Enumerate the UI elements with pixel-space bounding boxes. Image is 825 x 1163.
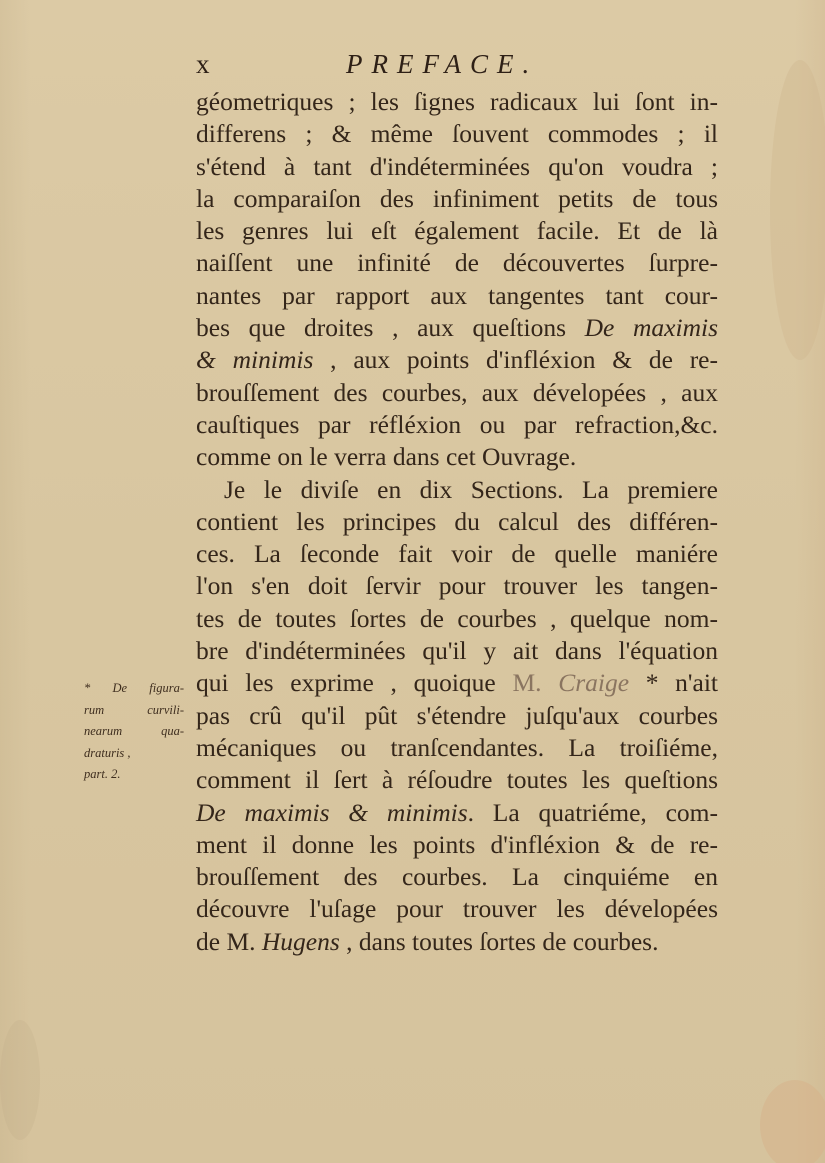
text-line: cauſtiques par réfléxion ou par refracti… bbox=[196, 409, 718, 441]
text-segment: pas crû qu'il pût s'étendre juſqu'aux co… bbox=[196, 701, 718, 730]
running-head: PREFACE. bbox=[346, 46, 538, 82]
paper-stain bbox=[760, 1080, 825, 1163]
body-text: géometriques ; les ſignes radicaux lui ſ… bbox=[196, 86, 718, 958]
text-line: brouſſement des courbes. La cinquiéme en bbox=[196, 861, 718, 893]
italic-text: Craige bbox=[558, 668, 629, 697]
text-line: qui les exprime , quoique M. Craige * n'… bbox=[196, 667, 718, 699]
text-line: naiſſent une infinité de découvertes ſur… bbox=[196, 247, 718, 279]
text-line: s'étend à tant d'indéterminées qu'on vou… bbox=[196, 151, 718, 183]
text-segment: les genres lui eſt également facile. Et … bbox=[196, 216, 718, 245]
margin-note-line: rum curvili- bbox=[84, 700, 184, 722]
text-segment: géometriques ; les ſignes radicaux lui ſ… bbox=[196, 87, 718, 116]
text-line: De maximis & minimis. La quatriéme, com- bbox=[196, 797, 718, 829]
text-line: mécaniques ou tranſcendantes. La troiſié… bbox=[196, 732, 718, 764]
text-segment: s'étend à tant d'indéterminées qu'on vou… bbox=[196, 152, 718, 181]
text-line: ment il donne les points d'infléxion & d… bbox=[196, 829, 718, 861]
page-header: x PREFACE. bbox=[196, 46, 716, 82]
text-segment: M. bbox=[512, 668, 558, 697]
text-line: differens ; & même ſouvent commodes ; il bbox=[196, 118, 718, 150]
text-line: l'on s'en doit ſervir pour trouver les t… bbox=[196, 570, 718, 602]
text-line: brouſſement des courbes, aux dévelopées … bbox=[196, 377, 718, 409]
margin-note-line: draturis , bbox=[84, 743, 184, 765]
text-segment: bes que droites , aux queſtions bbox=[196, 313, 585, 342]
text-line: géometriques ; les ſignes radicaux lui ſ… bbox=[196, 86, 718, 118]
text-segment: la comparaiſon des infiniment petits de … bbox=[196, 184, 718, 213]
text-segment: découvre l'uſage pour trouver les dévelo… bbox=[196, 894, 718, 923]
text-line: ces. La ſeconde fait voir de quelle mani… bbox=[196, 538, 718, 570]
text-segment: , dans toutes ſortes de courbes. bbox=[340, 927, 659, 956]
margin-note-line: nearum qua- bbox=[84, 721, 184, 743]
italic-text: De maximis & minimis bbox=[196, 798, 468, 827]
text-segment: naiſſent une infinité de découvertes ſur… bbox=[196, 248, 718, 277]
text-line: tes de toutes ſortes de courbes , quelqu… bbox=[196, 603, 718, 635]
text-segment: ment il donne les points d'infléxion & d… bbox=[196, 830, 718, 859]
text-segment: , aux points d'infléxion & de re- bbox=[313, 345, 718, 374]
text-segment: bre d'indéterminées qu'il y ait dans l'é… bbox=[196, 636, 718, 665]
text-segment: brouſſement des courbes. La cinquiéme en bbox=[196, 862, 718, 891]
text-segment: comment il ſert à réſoudre toutes les qu… bbox=[196, 765, 718, 794]
text-line: Je le diviſe en dix Sections. La premier… bbox=[196, 474, 718, 506]
text-line: bre d'indéterminées qu'il y ait dans l'é… bbox=[196, 635, 718, 667]
italic-text: Hugens bbox=[262, 927, 340, 956]
text-line: bes que droites , aux queſtions De maxim… bbox=[196, 312, 718, 344]
margin-note: * De figura-rum curvili-nearum qua-dratu… bbox=[84, 678, 184, 786]
text-line: les genres lui eſt également facile. Et … bbox=[196, 215, 718, 247]
text-segment: de M. bbox=[196, 927, 262, 956]
text-segment: contient les principes du calcul des dif… bbox=[196, 507, 718, 536]
text-line: contient les principes du calcul des dif… bbox=[196, 506, 718, 538]
text-line: de M. Hugens , dans toutes ſortes de cou… bbox=[196, 926, 718, 958]
text-segment: ces. La ſeconde fait voir de quelle mani… bbox=[196, 539, 718, 568]
text-segment: comme on le verra dans cet Ouvrage. bbox=[196, 442, 576, 471]
text-segment: . La quatriéme, com- bbox=[468, 798, 718, 827]
text-segment: tes de toutes ſortes de courbes , quelqu… bbox=[196, 604, 718, 633]
text-line: découvre l'uſage pour trouver les dévelo… bbox=[196, 893, 718, 925]
book-page: x PREFACE. géometriques ; les ſignes rad… bbox=[0, 0, 825, 1163]
paper-stain bbox=[0, 1020, 40, 1140]
text-segment: mécaniques ou tranſcendantes. La troiſié… bbox=[196, 733, 718, 762]
text-line: la comparaiſon des infiniment petits de … bbox=[196, 183, 718, 215]
page-number: x bbox=[196, 46, 210, 82]
text-line: comme on le verra dans cet Ouvrage. bbox=[196, 441, 718, 473]
text-line: & minimis , aux points d'infléxion & de … bbox=[196, 344, 718, 376]
text-segment: cauſtiques par réfléxion ou par refracti… bbox=[196, 410, 718, 439]
text-segment: l'on s'en doit ſervir pour trouver les t… bbox=[196, 571, 718, 600]
italic-text: De maximis bbox=[585, 313, 718, 342]
margin-note-line: part. 2. bbox=[84, 764, 184, 786]
text-line: pas crû qu'il pût s'étendre juſqu'aux co… bbox=[196, 700, 718, 732]
margin-note-line: * De figura- bbox=[84, 678, 184, 700]
text-segment: * n'ait bbox=[629, 668, 718, 697]
text-segment: differens ; & même ſouvent commodes ; il bbox=[196, 119, 718, 148]
text-segment: brouſſement des courbes, aux dévelopées … bbox=[196, 378, 718, 407]
italic-text: & minimis bbox=[196, 345, 313, 374]
text-segment: Je le diviſe en dix Sections. La premier… bbox=[224, 475, 718, 504]
text-segment: nantes par rapport aux tangentes tant co… bbox=[196, 281, 718, 310]
text-line: nantes par rapport aux tangentes tant co… bbox=[196, 280, 718, 312]
text-line: comment il ſert à réſoudre toutes les qu… bbox=[196, 764, 718, 796]
text-segment: qui les exprime , quoique bbox=[196, 668, 512, 697]
paper-stain bbox=[770, 60, 825, 360]
